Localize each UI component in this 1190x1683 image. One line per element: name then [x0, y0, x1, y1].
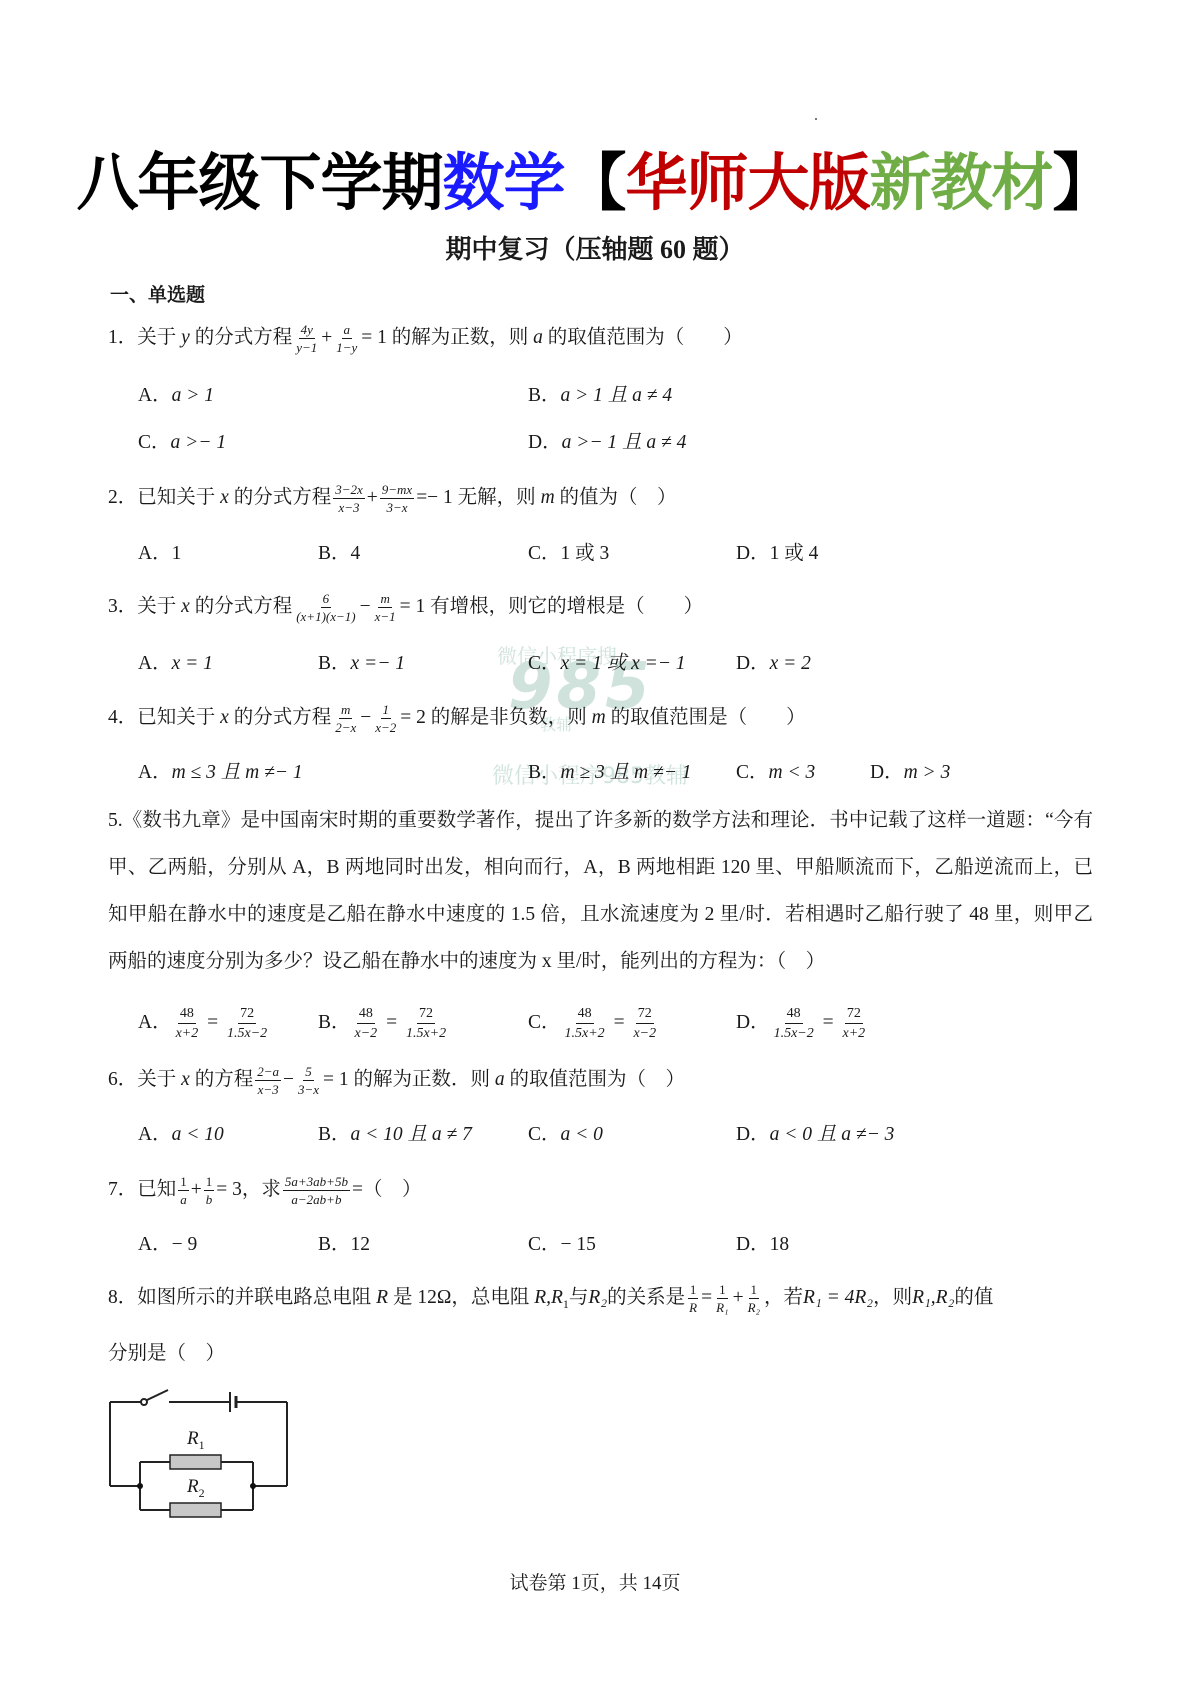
fraction: 1R — [687, 1282, 699, 1315]
q-text: 的取值范围为（ ） — [543, 327, 743, 348]
q-text: 关于 — [137, 1069, 181, 1090]
q-var: x — [181, 1069, 190, 1090]
option-6a[interactable]: A．a < 10 — [138, 1120, 224, 1150]
q-text: 关于 — [137, 327, 181, 348]
q-text: =（ ） — [352, 1179, 422, 1200]
fraction: 1R₂ — [746, 1282, 762, 1315]
option-7a[interactable]: A．− 9 — [138, 1230, 197, 1260]
q-text: 已知关于 — [137, 707, 220, 728]
option-1c[interactable]: C．a >− 1 — [138, 428, 226, 458]
q-text: 是 12Ω，总电阻 — [388, 1287, 534, 1308]
page-footer: 试卷第 1页，共 14页 — [0, 1568, 1190, 1595]
q-text: 关于 — [137, 596, 181, 617]
fraction: mx−1 — [373, 591, 398, 624]
option-2b[interactable]: B．4 — [318, 539, 360, 569]
fraction: a1−y — [334, 322, 359, 355]
fraction: 3−2xx−3 — [333, 482, 365, 515]
q-var: R₁ = 4R₂ — [803, 1287, 873, 1308]
option-4c[interactable]: C．m < 3 — [736, 758, 815, 788]
q-text: = 1 的解为正数．则 — [323, 1069, 495, 1090]
q-text: = 2 的解是非负数，则 — [400, 707, 591, 728]
question-number: 4． — [108, 707, 137, 728]
resistor-r2 — [170, 1503, 221, 1517]
q-var: m — [592, 707, 606, 728]
q-text: 如图所示的并联电路总电阻 — [137, 1287, 376, 1308]
question-number: 8． — [108, 1287, 137, 1308]
option-5d[interactable]: D．481.5x−2 = 72x+2 — [736, 1005, 869, 1042]
stray-mark — [815, 118, 817, 120]
fraction: 1x−2 — [373, 702, 398, 735]
operator: + — [321, 327, 332, 348]
option-1d[interactable]: D．a >− 1 且 a ≠ 4 — [528, 428, 686, 458]
question-number: 3． — [108, 596, 137, 617]
q-text: 的分式方程 — [229, 707, 331, 728]
question-number: 2． — [108, 487, 137, 508]
option-6c[interactable]: C．a < 0 — [528, 1120, 603, 1150]
option-5b[interactable]: B．48x−2 = 721.5x+2 — [318, 1005, 450, 1042]
fraction: 9−mx3−x — [380, 482, 414, 515]
option-3a[interactable]: A．x = 1 — [138, 649, 213, 679]
q-var: R,R — [534, 1287, 563, 1308]
q-text: 的值 — [954, 1287, 993, 1308]
operator: + — [191, 1179, 202, 1200]
q-text: = 3，求 — [216, 1179, 281, 1200]
fraction: 2−ax−3 — [255, 1064, 281, 1097]
title-edition: 华师大版 — [626, 146, 870, 219]
option-1b[interactable]: B．a > 1 且 a ≠ 4 — [528, 381, 672, 411]
operator: − — [360, 596, 371, 617]
option-5c[interactable]: C．481.5x+2 = 72x−2 — [528, 1005, 660, 1042]
fraction: 1a — [178, 1174, 189, 1207]
q-var: R₂ — [588, 1287, 607, 1308]
q-text: 的分式方程 — [229, 487, 331, 508]
option-7b[interactable]: B．12 — [318, 1230, 370, 1260]
option-4d[interactable]: D．m > 3 — [870, 758, 950, 788]
question-2: 2．已知关于 x 的分式方程3−2xx−3+9−mx3−x=− 1 无解，则 m… — [108, 482, 677, 515]
q-var: R₁,R₂ — [912, 1287, 954, 1308]
question-3: 3．关于 x 的分式方程6(x+1)(x−1)−mx−1= 1 有增根，则它的增… — [108, 591, 703, 624]
option-2d[interactable]: D．1 或 4 — [736, 539, 818, 569]
q-text: 的取值范围为（ ） — [505, 1069, 685, 1090]
resistor-r1 — [170, 1455, 221, 1469]
question-8-line2: 分别是（ ） — [108, 1339, 225, 1369]
option-3d[interactable]: D．x = 2 — [736, 649, 811, 679]
q-text: ，若 — [764, 1287, 803, 1308]
q-text: 已知关于 — [137, 487, 220, 508]
q-var: x — [220, 707, 229, 728]
operator: + — [367, 487, 378, 508]
q-var: x — [181, 596, 190, 617]
option-3b[interactable]: B．x =− 1 — [318, 649, 405, 679]
q-text: 与 — [569, 1287, 589, 1308]
option-7d[interactable]: D．18 — [736, 1230, 789, 1260]
fraction: 5a+3ab+5ba−2ab+b — [283, 1174, 350, 1207]
q-text: ，则 — [873, 1287, 912, 1308]
parallel-circuit-icon — [105, 1388, 305, 1528]
section-heading: 一、单选题 — [110, 280, 205, 307]
question-1: 1．关于 y 的分式方程4yy−1+a1−y= 1 的解为正数，则 a 的取值范… — [108, 322, 743, 355]
title-bracket-open: 【 — [564, 146, 625, 219]
q-var: m — [541, 487, 555, 508]
title-bracket-close: 】 — [1053, 146, 1114, 219]
q-var: a — [495, 1069, 505, 1090]
option-7c[interactable]: C．− 15 — [528, 1230, 596, 1260]
q-var: a — [533, 327, 543, 348]
q-var: R — [376, 1287, 388, 1308]
option-6b[interactable]: B．a < 10 且 a ≠ 7 — [318, 1120, 472, 1150]
q-text: 的方程 — [190, 1069, 253, 1090]
option-2c[interactable]: C．1 或 3 — [528, 539, 609, 569]
q-text: =− 1 无解，则 — [416, 487, 540, 508]
option-6d[interactable]: D．a < 0 且 a ≠− 3 — [736, 1120, 894, 1150]
title-textbook: 新教材 — [870, 146, 1053, 219]
option-1a[interactable]: A．a > 1 — [138, 381, 214, 411]
q-text: 的取值范围是（ ） — [606, 707, 806, 728]
option-4b[interactable]: B．m ≥ 3 且 m ≠− 1 — [528, 758, 692, 788]
title-subject: 数学 — [442, 146, 564, 219]
circuit-diagram: R1 R2 — [105, 1388, 305, 1528]
q-text: 的分式方程 — [190, 327, 292, 348]
operator: − — [360, 707, 371, 728]
title-grade: 八年级下学期 — [76, 146, 442, 219]
question-number: 7． — [108, 1179, 137, 1200]
fraction: 6(x+1)(x−1) — [294, 591, 357, 624]
question-4: 4．已知关于 x 的分式方程m2−x−1x−2= 2 的解是非负数，则 m 的取… — [108, 702, 806, 735]
q-var: x — [220, 487, 229, 508]
r1-label: R1 — [187, 1428, 205, 1453]
operator: − — [283, 1069, 294, 1090]
fraction: 4yy−1 — [294, 322, 319, 355]
question-8: 8．如图所示的并联电路总电阻 R 是 12Ω，总电阻 R,R1与R₂的关系是1R… — [108, 1282, 993, 1319]
question-number: 1． — [108, 327, 137, 348]
q-text: 的关系是 — [607, 1287, 685, 1308]
option-2a[interactable]: A．1 — [138, 539, 181, 569]
q-text: = 1 有增根，则它的增根是（ ） — [400, 596, 704, 617]
option-5a[interactable]: A．48x+2 = 721.5x−2 — [138, 1005, 271, 1042]
option-3c[interactable]: C．x = 1 或 x =− 1 — [528, 649, 686, 679]
q-text: 已知 — [137, 1179, 176, 1200]
q-text: 的分式方程 — [190, 596, 292, 617]
q-var: y — [181, 327, 190, 348]
option-4a[interactable]: A．m ≤ 3 且 m ≠− 1 — [138, 758, 303, 788]
q-text: 的值为（ ） — [555, 487, 677, 508]
document-title: 八年级下学期数学【华师大版新教材】 — [0, 148, 1190, 218]
subtitle: 期中复习（压轴题 60 题） — [0, 229, 1190, 266]
question-5: 5.《数书九章》是中国南宋时期的重要数学著作，提出了许多新的数学方法和理论．书中… — [108, 797, 1093, 985]
fraction: 1R₁ — [714, 1282, 730, 1315]
question-6: 6．关于 x 的方程2−ax−3−53−x= 1 的解为正数．则 a 的取值范围… — [108, 1064, 685, 1097]
question-number: 6． — [108, 1069, 137, 1090]
question-7: 7．已知1a+1b= 3，求5a+3ab+5ba−2ab+b=（ ） — [108, 1174, 421, 1207]
fraction: 1b — [204, 1174, 215, 1207]
r2-label: R2 — [187, 1476, 205, 1501]
fraction: m2−x — [333, 702, 358, 735]
q-text: = 1 的解为正数，则 — [361, 327, 533, 348]
fraction: 53−x — [296, 1064, 321, 1097]
